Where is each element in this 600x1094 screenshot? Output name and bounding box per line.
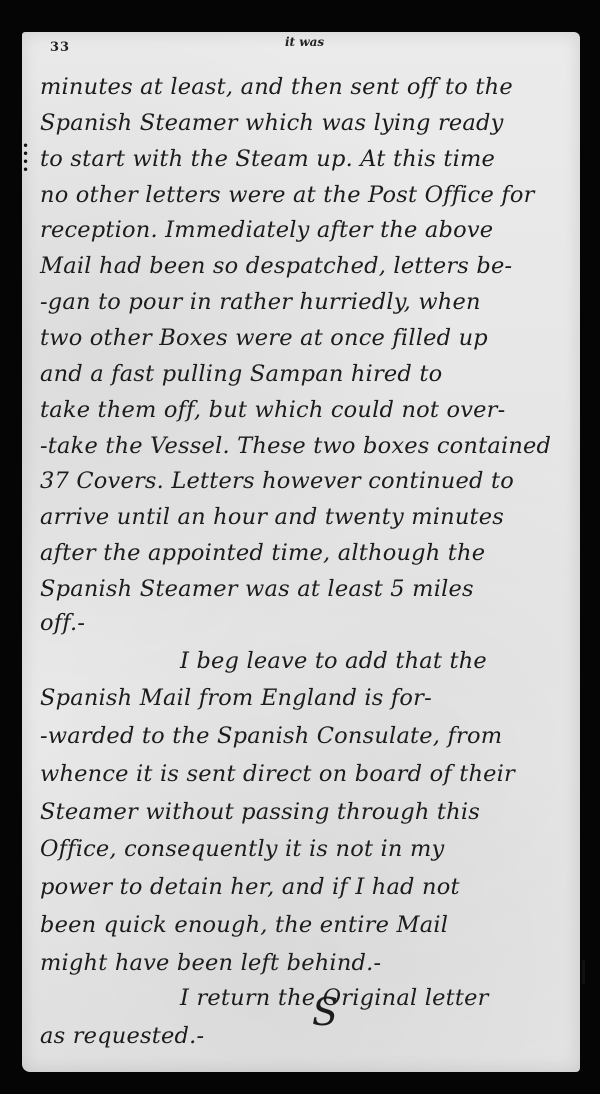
text-line-14: after the appointed time, although the — [40, 540, 485, 566]
text-line-25: might have been left behind.- — [40, 950, 381, 976]
manuscript-page: 33 •••• it was minutes at least, and the… — [22, 32, 580, 1072]
text-line-4: no other letters were at the Post Office… — [40, 182, 535, 208]
text-line-19: -warded to the Spanish Consulate, from — [40, 723, 502, 749]
line-insertion: it was — [285, 35, 324, 49]
text-line-12: 37 Covers. Letters however continued to — [40, 468, 514, 494]
edge-mark — [582, 960, 585, 984]
text-line-17: I beg leave to add that the — [180, 648, 487, 674]
text-line-3: to start with the Steam up. At this time — [40, 146, 495, 172]
text-line-7: -gan to pour in rather hurriedly, when — [40, 289, 481, 315]
text-line-2: Spanish Steamer which was lying ready — [40, 110, 504, 136]
text-line-15: Spanish Steamer was at least 5 miles — [40, 576, 474, 602]
margin-binding-marks: •••• — [22, 142, 28, 174]
text-line-13: arrive until an hour and twenty minutes — [40, 504, 504, 530]
text-line-8: two other Boxes were at once filled up — [40, 325, 488, 351]
text-line-5: reception. Immediately after the above — [40, 217, 493, 243]
signature-flourish: S — [312, 990, 338, 1034]
folio-number: 33 — [50, 40, 70, 55]
text-line-24: been quick enough, the entire Mail — [40, 912, 448, 938]
text-line-22: Office, consequently it is not in my — [40, 836, 444, 862]
text-line-6: Mail had been so despatched, letters be- — [40, 253, 512, 279]
text-line-23: power to detain her, and if I had not — [40, 874, 460, 900]
text-line-18: Spanish Mail from England is for- — [40, 685, 432, 711]
text-line-20: whence it is sent direct on board of the… — [40, 761, 515, 787]
text-line-21: Steamer without passing through this — [40, 799, 480, 825]
text-line-16: off.- — [40, 610, 85, 636]
text-line-1: minutes at least, and then sent off to t… — [40, 74, 513, 100]
text-line-11: -take the Vessel. These two boxes contai… — [40, 433, 551, 459]
text-line-9: and a fast pulling Sampan hired to — [40, 361, 442, 387]
text-line-10: take them off, but which could not over- — [40, 397, 505, 423]
text-line-27: as requested.- — [40, 1023, 204, 1049]
